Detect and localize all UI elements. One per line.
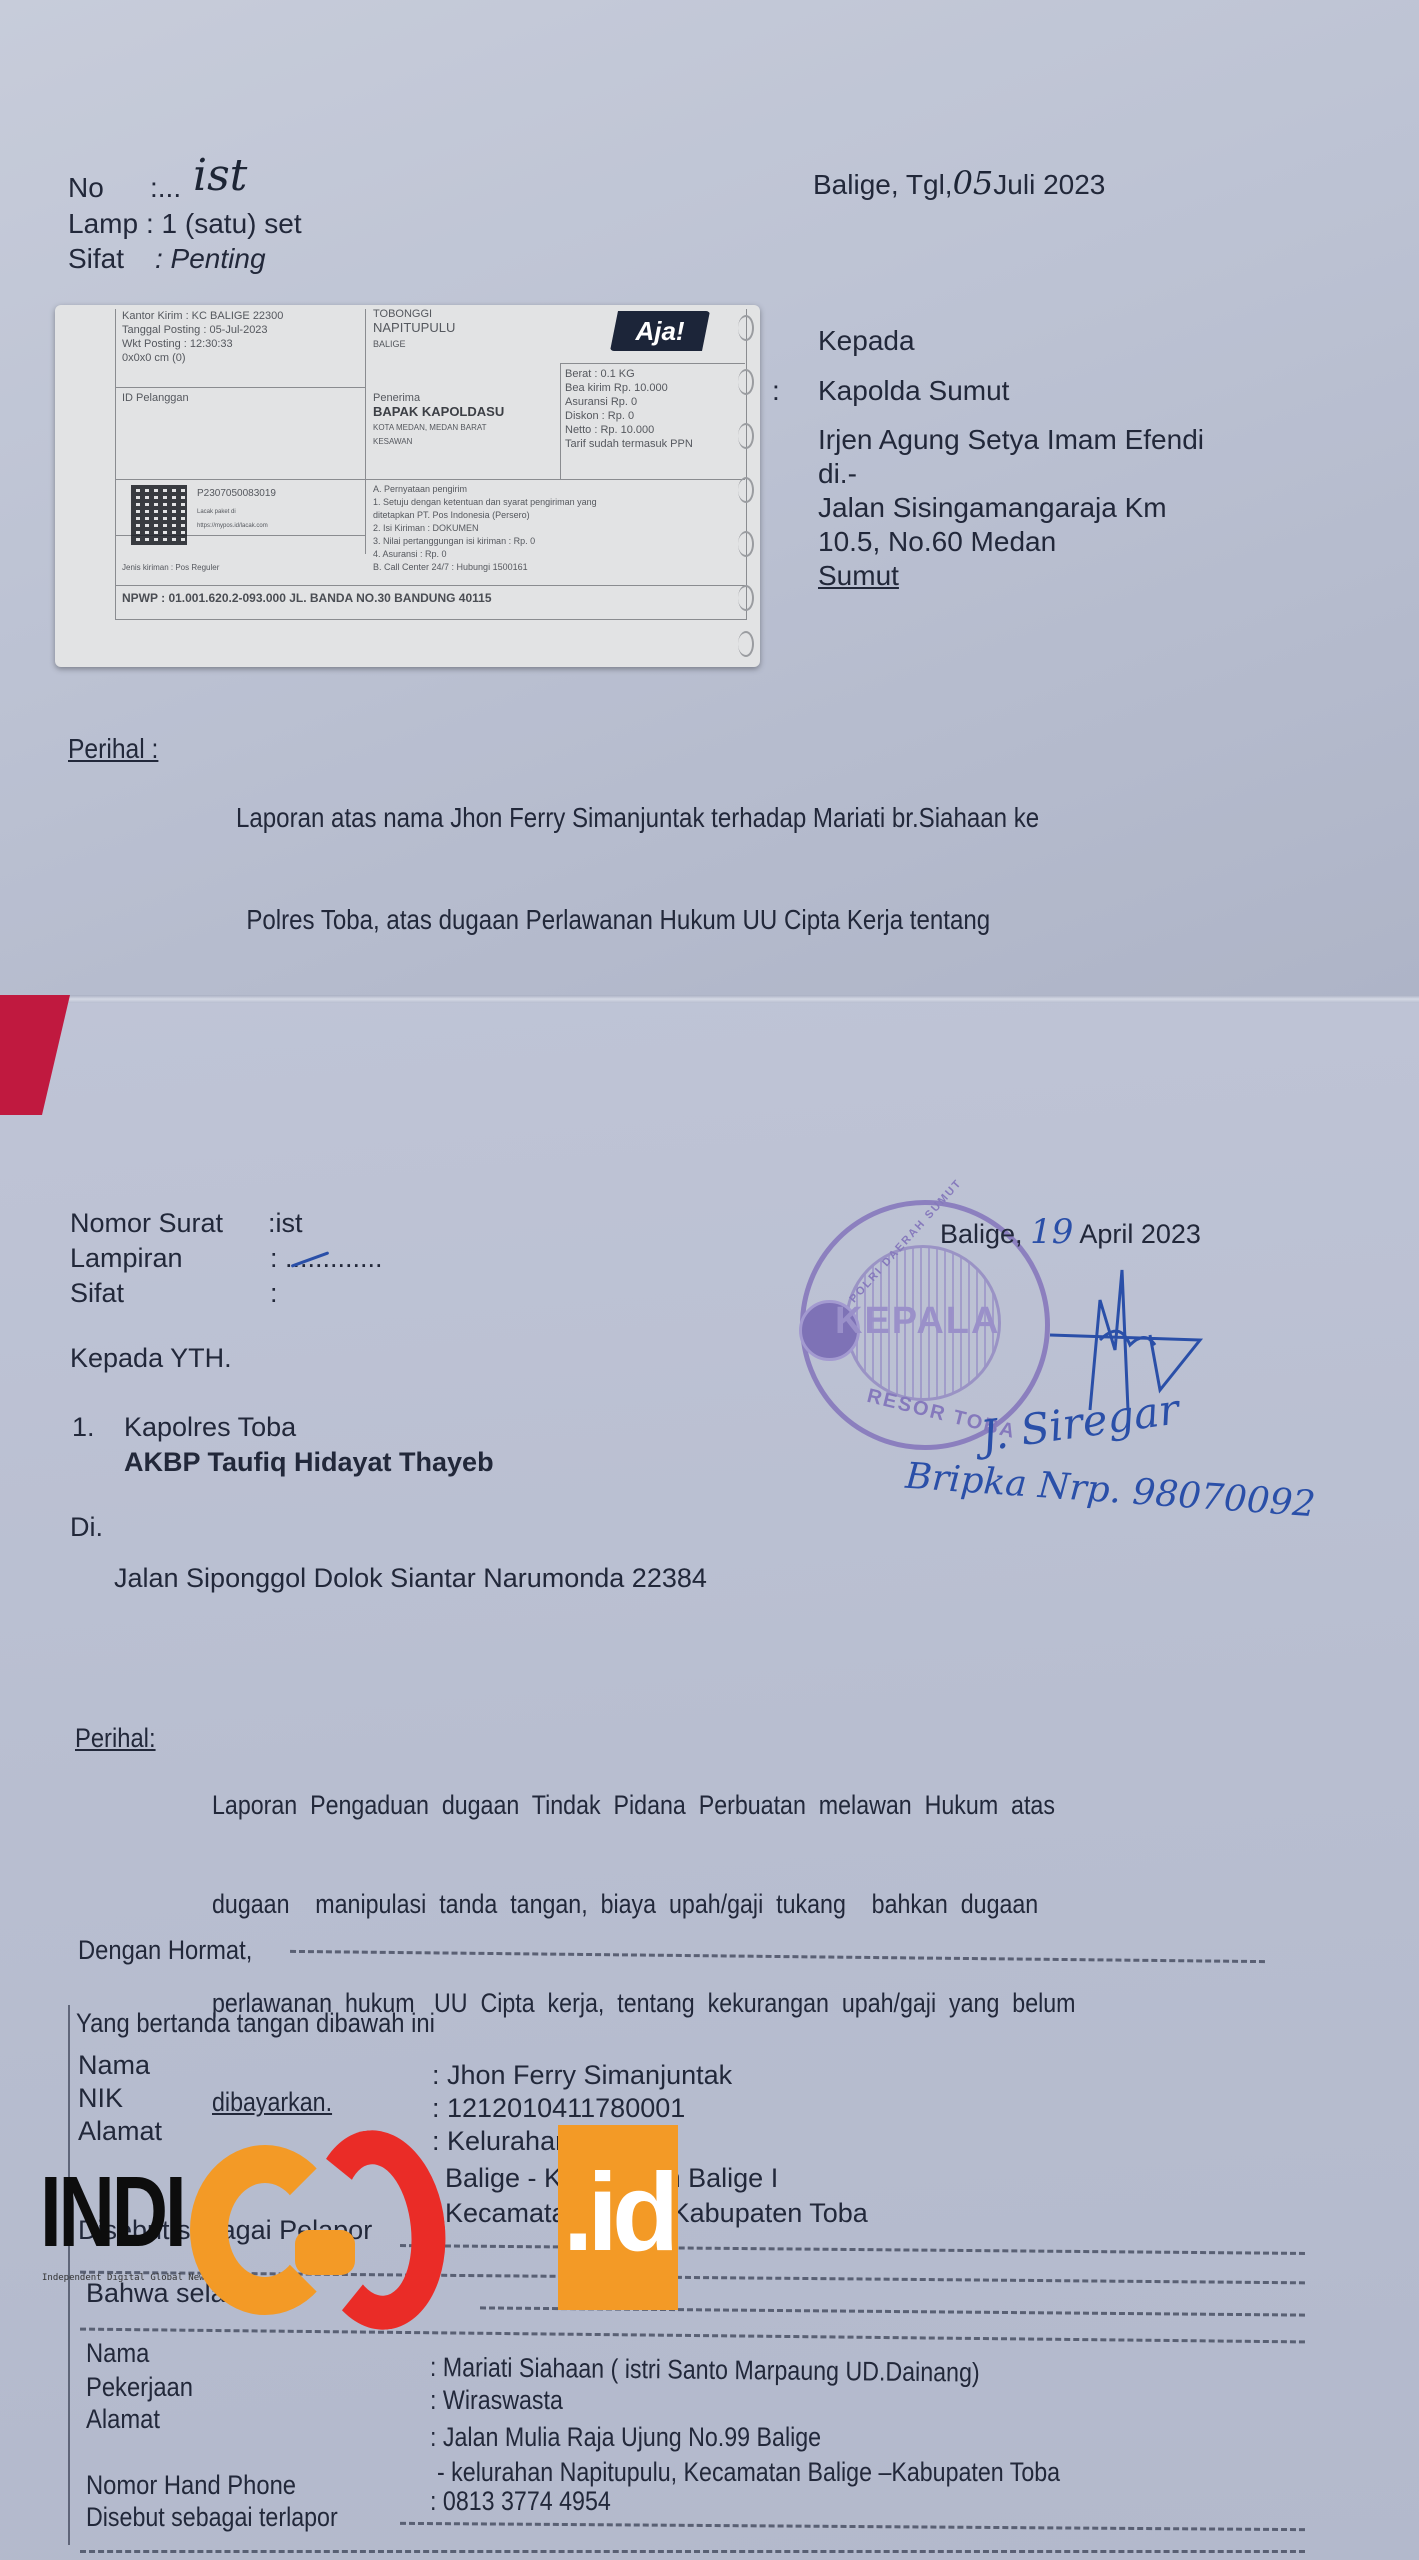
terlapor-alamat-line1: : Jalan Mulia Raja Ujung No.99 Balige xyxy=(430,2422,821,2453)
binding-ring-icon xyxy=(738,423,754,449)
pernyataan-line: 2. Isi Kiriman : DOKUMEN xyxy=(373,522,597,535)
receipt-penerima-addr2: KESAWAN xyxy=(373,435,412,449)
perihal-line: Laporan Pengaduan dugaan Tindak Pidana P… xyxy=(212,1789,1076,1822)
receipt-diskon: Diskon : Rp. 0 xyxy=(565,409,634,423)
pernyataan-line: 4. Asuransi : Rp. 0 xyxy=(373,548,597,561)
logo-text-indi: INDI xyxy=(40,2155,184,2270)
terlapor-hp-label: Nomor Hand Phone xyxy=(86,2470,296,2501)
indigo-watermark-logo: INDI Independent Digital Global News .id xyxy=(40,2125,740,2325)
binding-ring-icon xyxy=(738,315,754,341)
terlapor-hp-value: : 0813 3774 4954 xyxy=(430,2486,611,2517)
receipt-dimensi: 0x0x0 cm (0) xyxy=(122,351,186,365)
letter2-sifat-label: Sifat xyxy=(70,1278,124,1309)
pernyataan-line: A. Pernyataan pengirim xyxy=(373,483,597,496)
letter1-perihal-label: Perihal : xyxy=(68,733,158,765)
pelapor-nik-label: NIK xyxy=(78,2083,123,2114)
letter1-date-suffix: Juli 2023 xyxy=(993,169,1105,200)
letter1-recipient-line2: Irjen Agung Setya Imam Efendi xyxy=(818,424,1204,456)
letter2-kepada: Kepada YTH. xyxy=(70,1343,232,1374)
dotted-line xyxy=(80,2550,1305,2553)
terlapor-disebut: Disebut sebagai terlapor xyxy=(86,2502,338,2533)
letter1-date: Balige, Tgl,05Juli 2023 xyxy=(813,164,1105,202)
letter2-perihal-label: Perihal: xyxy=(75,1723,156,1754)
logo-tagline: Independent Digital Global News xyxy=(42,2273,210,2283)
letter2-recipient-no: 1. xyxy=(72,1412,95,1443)
letter1-recipient-line3: di.- xyxy=(818,458,857,490)
letter2-date-prefix: Balige, xyxy=(940,1219,1023,1249)
terlapor-pekerjaan-value: : Wiraswasta xyxy=(430,2385,563,2416)
binding-ring-icon xyxy=(738,369,754,395)
receipt-bea-kirim: Bea kirim Rp. 10.000 xyxy=(565,381,668,395)
letter1-recipient-line4: Jalan Sisingamangaraja Km xyxy=(818,492,1167,524)
qr-code-icon xyxy=(131,485,187,545)
receipt-tracking-no: P2307050083019 xyxy=(197,487,276,501)
letter2-sifat-value: : xyxy=(270,1278,278,1309)
receipt-id-pelanggan: ID Pelanggan xyxy=(122,391,189,405)
receipt-penerima-name: BAPAK KAPOLDASU xyxy=(373,405,504,419)
receipt-netto: Netto : Rp. 10.000 xyxy=(565,423,654,437)
pernyataan-line: 1. Setuju dengan ketentuan dan syarat pe… xyxy=(373,496,597,509)
receipt-sender-name: NAPITUPULU xyxy=(373,321,455,335)
binding-ring-icon xyxy=(738,631,754,657)
terlapor-alamat-label: Alamat xyxy=(86,2404,160,2435)
receipt-sender-city: BALIGE xyxy=(373,337,406,351)
paper-fold xyxy=(0,995,1419,1003)
binding-ring-icon xyxy=(738,531,754,557)
letter1-no-label: No xyxy=(68,172,104,204)
letter2-di: Di. xyxy=(70,1512,103,1543)
letter1-recipient-line6: Sumut xyxy=(818,560,899,592)
perihal-line: Laporan atas nama Jhon Ferry Simanjuntak… xyxy=(236,801,1122,835)
receipt-tarif-note: Tarif sudah termasuk PPN xyxy=(565,437,693,451)
binding-ring-icon xyxy=(738,585,754,611)
letter2-nomor-label: Nomor Surat xyxy=(70,1208,223,1239)
receipt-asuransi: Asuransi Rp. 0 xyxy=(565,395,637,409)
receipt-jenis-kiriman: Jenis kiriman : Pos Reguler xyxy=(122,561,219,575)
pelapor-nik-value: : 1212010411780001 xyxy=(432,2093,685,2124)
letter2-nomor-value: :ist xyxy=(268,1208,303,1239)
receipt-kantor-kirim: Kantor Kirim : KC BALIGE 22300 xyxy=(122,309,283,323)
terlapor-alamat-line2: - kelurahan Napitupulu, Kecamatan Balige… xyxy=(437,2457,1060,2488)
letter1-date-prefix: Balige, Tgl, xyxy=(813,169,953,200)
receipt-penerima-addr1: KOTA MEDAN, MEDAN BARAT xyxy=(373,421,487,435)
terlapor-nama-value: : Mariati Siahaan ( istri Santo Marpaung… xyxy=(430,2352,980,2389)
letter1-recipient-line5: 10.5, No.60 Medan xyxy=(818,526,1056,558)
postal-receipt: Kantor Kirim : KC BALIGE 22300 Tanggal P… xyxy=(55,305,760,667)
pelapor-nama-value: : Jhon Ferry Simanjuntak xyxy=(432,2060,732,2091)
letter2-recipient-name: AKBP Taufiq Hidayat Thayeb xyxy=(124,1447,494,1478)
letter1-sifat-value: : Penting xyxy=(155,243,266,275)
pos-aja-logo: Aja! xyxy=(610,311,710,351)
receipt-wkt-posting: Wkt Posting : 12:30:33 xyxy=(122,337,233,351)
receipt-track-line1: Lacak paket di xyxy=(197,505,236,519)
receipt-penerima-label: Penerima xyxy=(373,391,420,405)
stamp-center-text: KEPALA xyxy=(835,1300,1000,1343)
terlapor-pekerjaan-label: Pekerjaan xyxy=(86,2372,193,2403)
receipt-pernyataan: A. Pernyataan pengirim 1. Setuju dengan … xyxy=(373,483,597,574)
perihal-line: Polres Toba, atas dugaan Perlawanan Huku… xyxy=(236,903,1122,937)
receipt-sender-top: TOBONGGI xyxy=(373,307,432,321)
letter2-greeting: Dengan Hormat, xyxy=(78,1935,252,1966)
perihal-line: dugaan manipulasi tanda tangan, biaya up… xyxy=(212,1888,1076,1921)
receipt-berat: Berat : 0.1 KG xyxy=(565,367,635,381)
receipt-tanggal-posting: Tanggal Posting : 05-Jul-2023 xyxy=(122,323,268,337)
pernyataan-line: 3. Nilai pertanggungan isi kiriman : Rp.… xyxy=(373,535,597,548)
letter2-lampiran-value: : ............. xyxy=(270,1243,383,1274)
letter2-address: Jalan Siponggol Dolok Siantar Narumonda … xyxy=(114,1563,707,1594)
logo-g-bar xyxy=(295,2230,355,2275)
pernyataan-line: B. Call Center 24/7 : Hubungi 1500161 xyxy=(373,561,597,574)
letter2-lampiran-label: Lampiran xyxy=(70,1243,183,1274)
receipt-track-line2: https://mypos.id/lacak.com xyxy=(197,519,268,533)
letter1-date-day: 05 xyxy=(953,164,994,202)
pernyataan-line: ditetapkan PT. Pos Indonesia (Persero) xyxy=(373,509,597,522)
logo-text-id: .id xyxy=(558,2125,678,2310)
pelapor-nama-label: Nama xyxy=(78,2050,150,2081)
letter1-recipient-colon: : xyxy=(772,375,780,407)
letter1-sifat-label: Sifat xyxy=(68,243,124,275)
letter1-kepada: Kepada xyxy=(818,325,915,357)
letter1-lamp-value: : 1 (satu) set xyxy=(146,208,302,240)
letter2-intro: Yang bertanda tangan dibawah ini xyxy=(76,2008,435,2039)
binding-ring-icon xyxy=(738,477,754,503)
letter1-no-handwritten: ist xyxy=(193,150,247,201)
letter1-no-value: :... xyxy=(150,172,181,204)
letter2-recipient-title: Kapolres Toba xyxy=(124,1412,296,1443)
terlapor-nama-label: Nama xyxy=(86,2338,149,2369)
receipt-npwp: NPWP : 01.001.620.2-093.000 JL. BANDA NO… xyxy=(122,591,492,605)
letter1-lamp-label: Lamp xyxy=(68,208,138,240)
letter1-recipient-line1: Kapolda Sumut xyxy=(818,375,1009,407)
